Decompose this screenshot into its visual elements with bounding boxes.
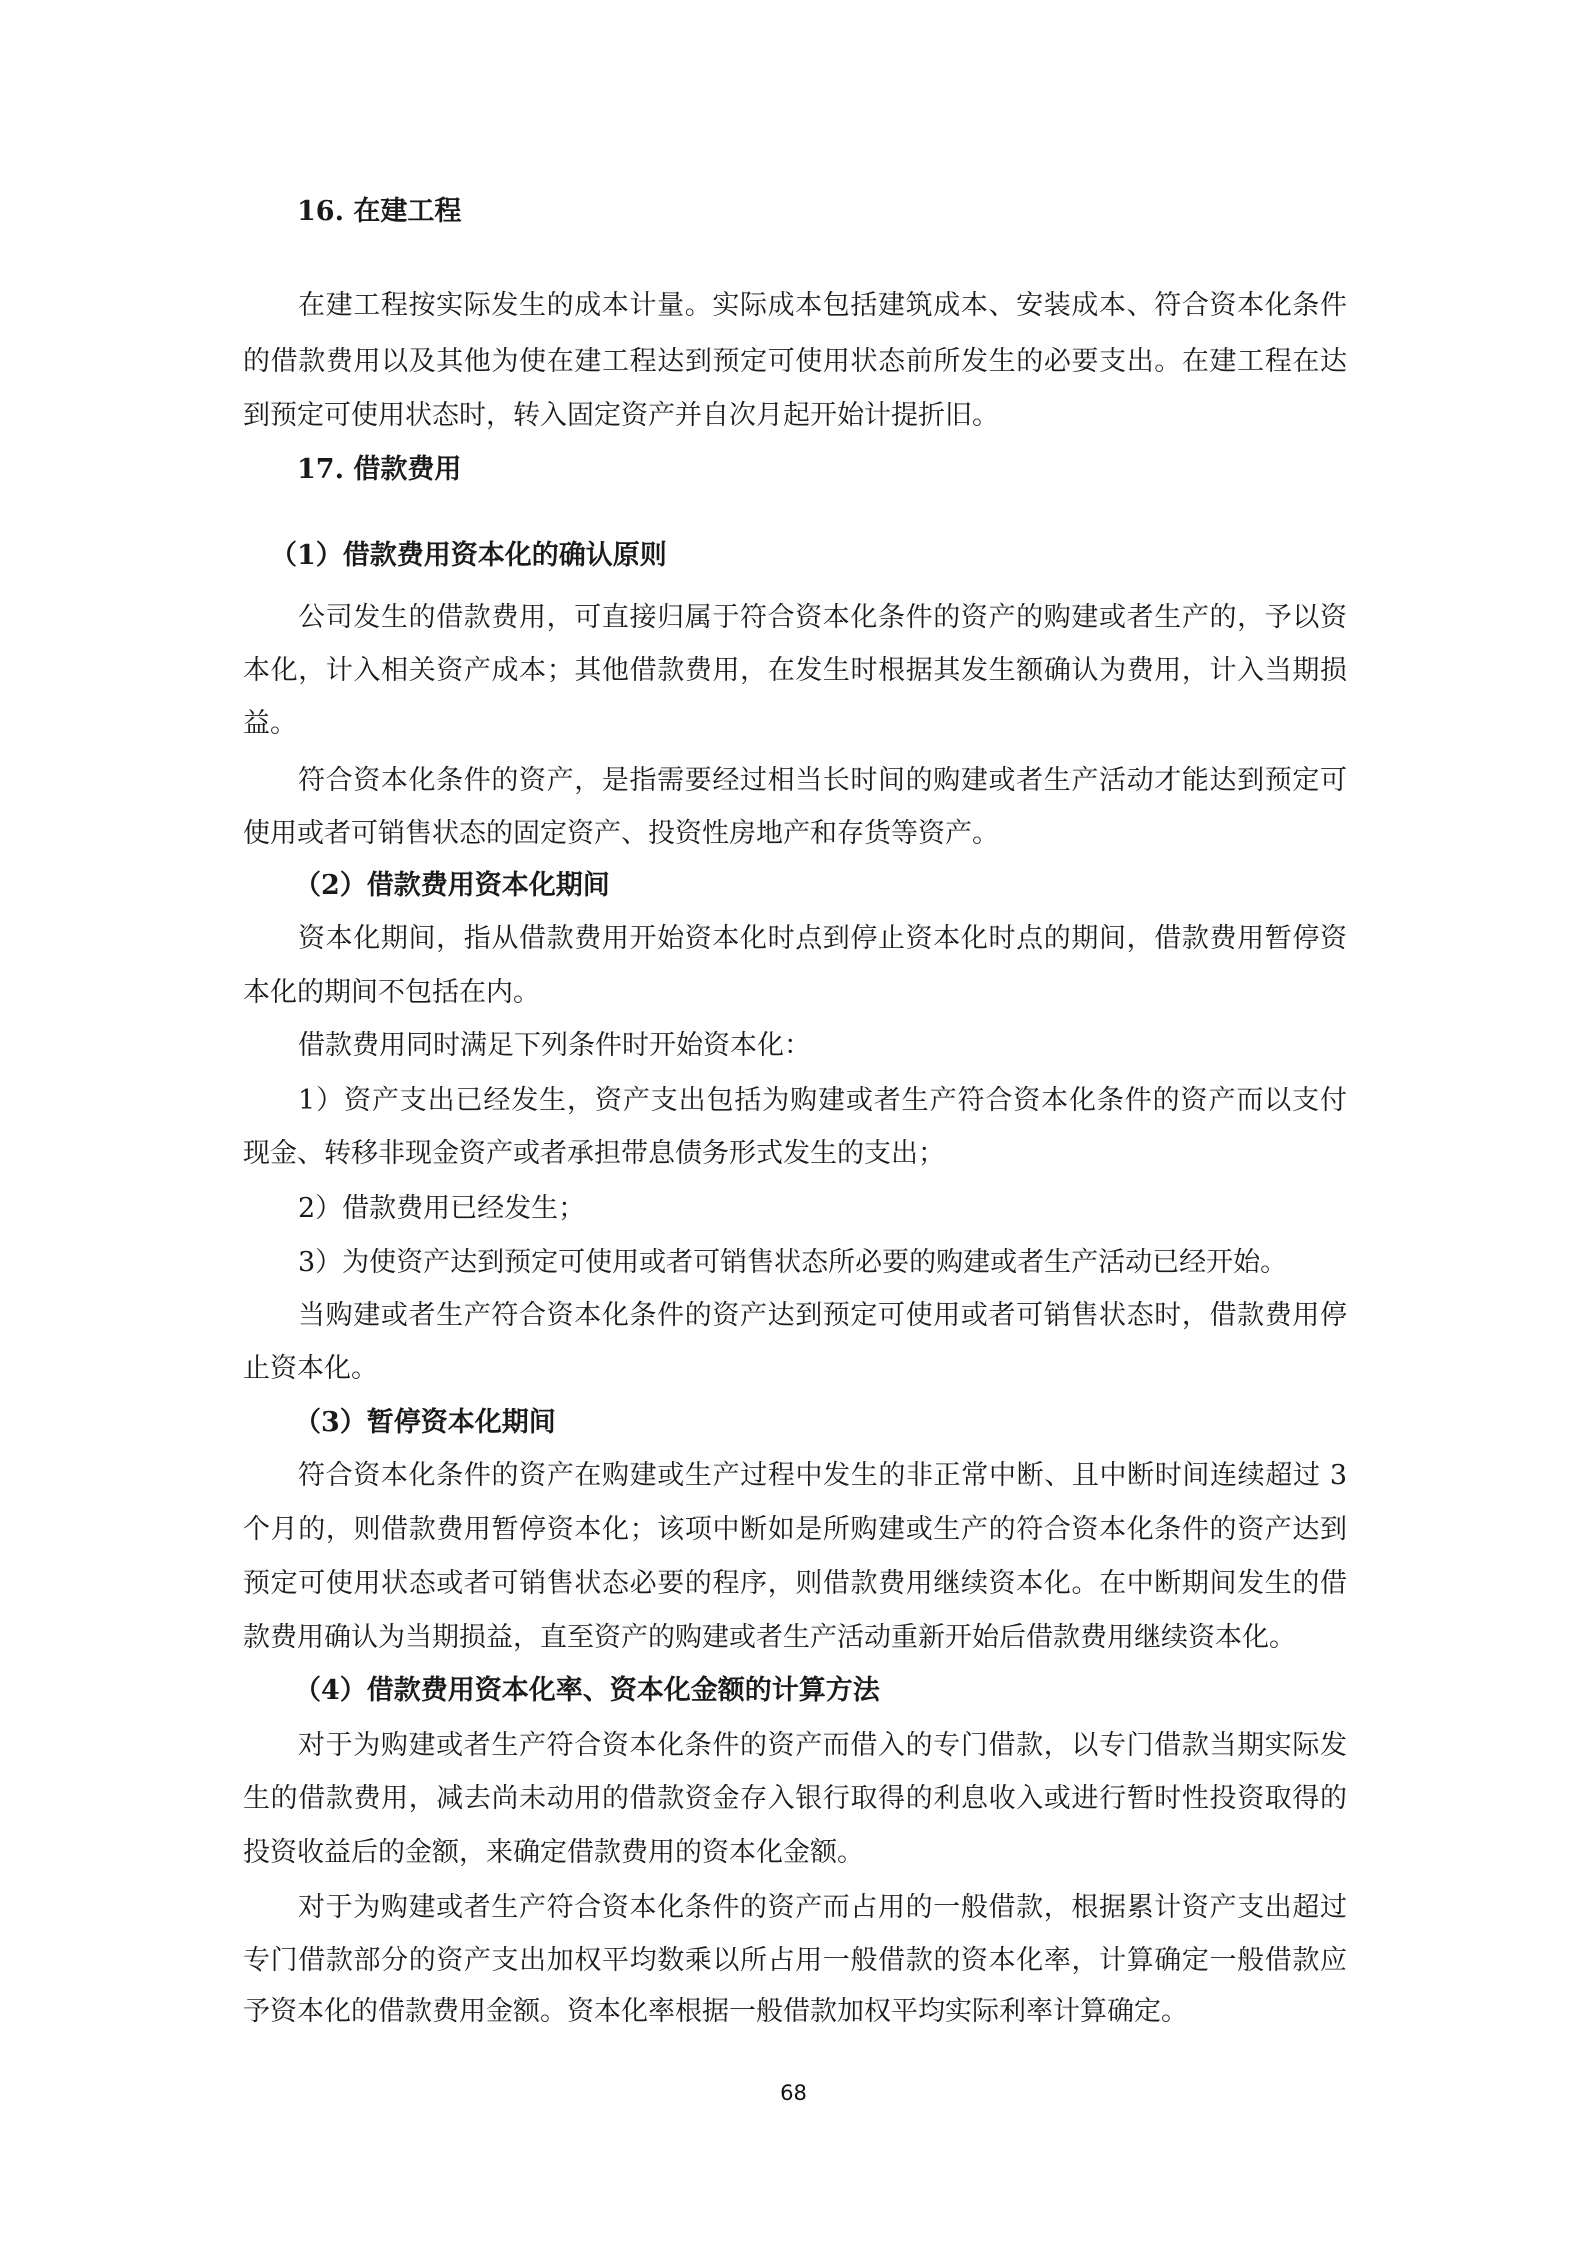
paragraph-line: 当购建或者生产符合资本化条件的资产达到预定可使用或者可销售状态时，借款费用停 <box>298 1289 1347 1343</box>
paragraph-line: 资本化期间，指从借款费用开始资本化时点到停止资本化时点的期间，借款费用暂停资 <box>298 912 1347 966</box>
paragraph-line: 公司发生的借款费用，可直接归属于符合资本化条件的资产的购建或者生产的，予以资 <box>298 591 1347 645</box>
document-page: 16. 在建工程 在建工程按实际发生的成本计量。实际成本包括建筑成本、安装成本、… <box>0 0 1587 2245</box>
section-heading-17: 17. 借款费用 <box>297 443 461 497</box>
list-item-2: 2）借款费用已经发生； <box>298 1182 1347 1236</box>
paragraph-line: 符合资本化条件的资产在购建或生产过程中发生的非正常中断、且中断时间连续超过 3 <box>298 1449 1347 1503</box>
paragraph-line: 生的借款费用，减去尚未动用的借款资金存入银行取得的利息收入或进行暂时性投资取得的 <box>243 1772 1347 1826</box>
page-number: 68 <box>0 2078 1587 2108</box>
list-item-3: 3）为使资产达到预定可使用或者可销售状态所必要的购建或者生产活动已经开始。 <box>298 1236 1347 1290</box>
paragraph-line: 款费用确认为当期损益，直至资产的购建或者生产活动重新开始后借款费用继续资本化。 <box>243 1611 1347 1665</box>
paragraph-line: 本化的期间不包括在内。 <box>243 966 1347 1020</box>
paragraph-line: 符合资本化条件的资产，是指需要经过相当长时间的购建或者生产活动才能达到预定可 <box>298 754 1347 808</box>
paragraph-line: 本化，计入相关资产成本；其他借款费用，在发生时根据其发生额确认为费用，计入当期损 <box>243 644 1347 698</box>
paragraph-line: 益。 <box>243 697 1347 751</box>
paragraph-line: 借款费用同时满足下列条件时开始资本化： <box>298 1019 1347 1073</box>
paragraph-line: 止资本化。 <box>243 1342 1347 1396</box>
paragraph-line: 专门借款部分的资产支出加权平均数乘以所占用一般借款的资本化率，计算确定一般借款应 <box>243 1934 1347 1988</box>
paragraph-line: 予资本化的借款费用金额。资本化率根据一般借款加权平均实际利率计算确定。 <box>243 1985 1347 2039</box>
paragraph-line: 对于为购建或者生产符合资本化条件的资产而占用的一般借款，根据累计资产支出超过 <box>298 1881 1347 1935</box>
paragraph-line: 个月的，则借款费用暂停资本化；该项中断如是所购建或生产的符合资本化条件的资产达到 <box>243 1503 1347 1557</box>
paragraph-line: 预定可使用状态或者可销售状态必要的程序，则借款费用继续资本化。在中断期间发生的借 <box>243 1557 1347 1611</box>
paragraph-line: 投资收益后的金额，来确定借款费用的资本化金额。 <box>243 1826 1347 1880</box>
subsection-heading-1: （1）借款费用资本化的确认原则 <box>270 529 667 583</box>
list-item-1-cont: 现金、转移非现金资产或者承担带息债务形式发生的支出； <box>243 1127 1347 1181</box>
paragraph-line: 在建工程按实际发生的成本计量。实际成本包括建筑成本、安装成本、符合资本化条件 <box>298 279 1347 333</box>
list-item-1: 1）资产支出已经发生，资产支出包括为购建或者生产符合资本化条件的资产而以支付 <box>298 1074 1347 1128</box>
subsection-heading-4: （4）借款费用资本化率、资本化金额的计算方法 <box>294 1664 880 1718</box>
subsection-heading-2: （2）借款费用资本化期间 <box>294 859 610 913</box>
paragraph-line: 的借款费用以及其他为使在建工程达到预定可使用状态前所发生的必要支出。在建工程在达 <box>243 335 1347 389</box>
paragraph-line: 到预定可使用状态时，转入固定资产并自次月起开始计提折旧。 <box>243 389 1347 443</box>
subsection-heading-3: （3）暂停资本化期间 <box>294 1396 556 1450</box>
paragraph-line: 对于为购建或者生产符合资本化条件的资产而借入的专门借款，以专门借款当期实际发 <box>298 1719 1347 1773</box>
section-heading-16: 16. 在建工程 <box>297 185 461 239</box>
paragraph-line: 使用或者可销售状态的固定资产、投资性房地产和存货等资产。 <box>243 807 1347 861</box>
